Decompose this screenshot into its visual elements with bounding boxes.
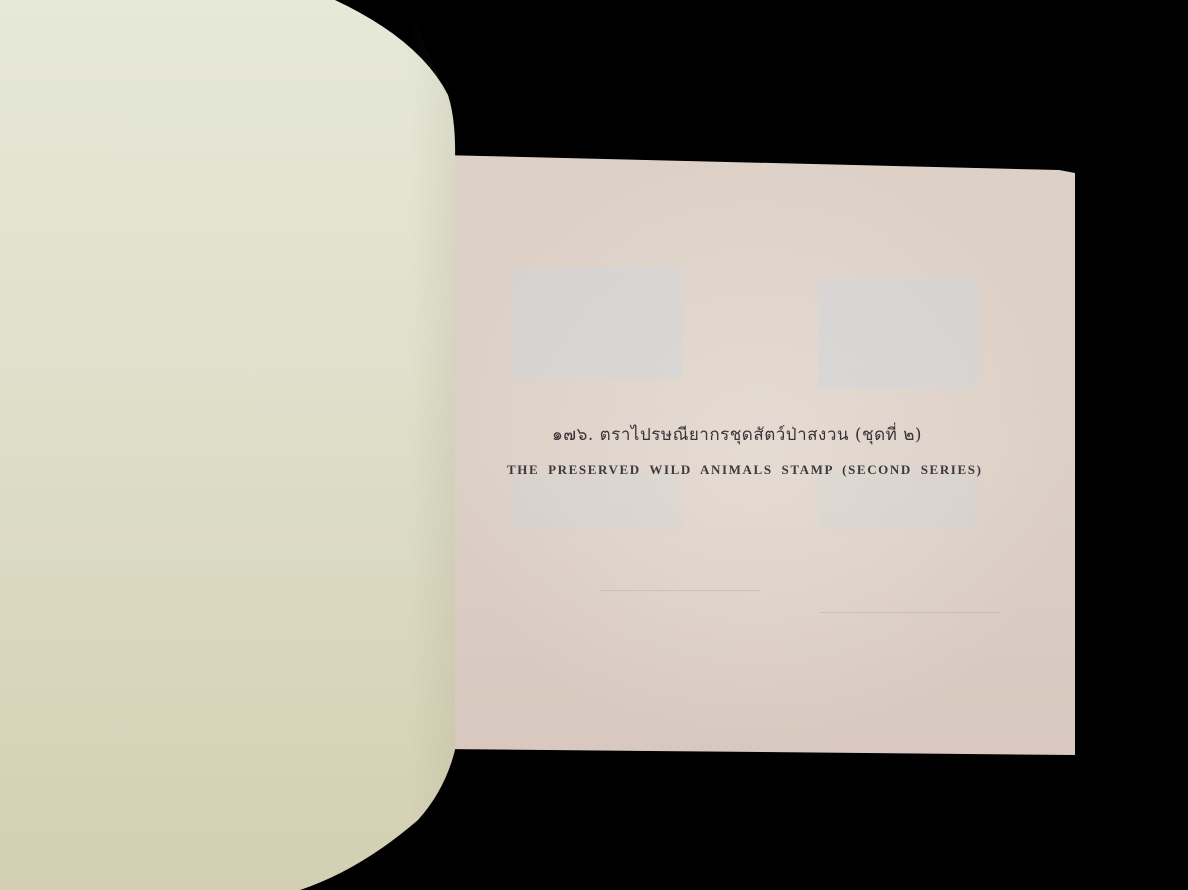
show-through-line (820, 612, 1000, 613)
left-page-curled (0, 0, 460, 890)
right-page (440, 155, 1075, 755)
heading-english: THE PRESERVED WILD ANIMALS STAMP (SECOND… (507, 462, 983, 478)
show-through-stamp-block (512, 268, 682, 378)
show-through-stamp-block (512, 470, 682, 530)
show-through-stamp-block (818, 470, 978, 530)
photo-background: ๑๗๖. ตราไปรษณียากรชุดสัตว์ป่าสงวน (ชุดที… (0, 0, 1188, 890)
show-through-stamp-block (818, 278, 978, 388)
page-curl-shadow (410, 0, 460, 890)
show-through-line (600, 590, 760, 591)
heading-thai: ๑๗๖. ตราไปรษณียากรชุดสัตว์ป่าสงวน (ชุดที… (552, 421, 922, 448)
